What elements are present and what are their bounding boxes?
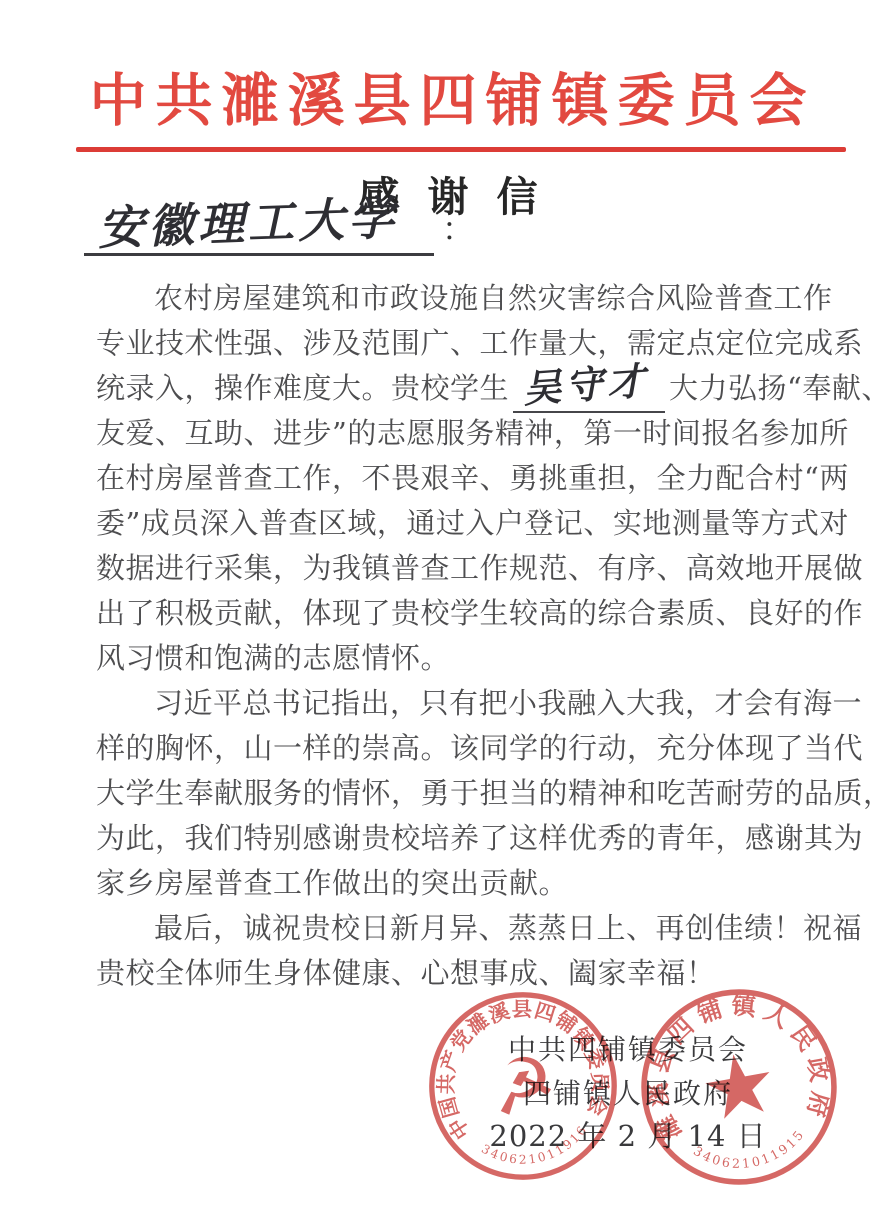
body-line-segment: 统录入，操作难度大。贵校学生 bbox=[96, 371, 509, 405]
letter-body: 农村房屋建筑和市政设施自然灾害综合风险普查工作 专业技术性强、涉及范围广、工作量… bbox=[96, 276, 866, 996]
body-line: 习近平总书记指出，只有把小我融入大我，才会有海一 bbox=[96, 681, 866, 726]
student-name-handwritten: 吴守才 bbox=[522, 362, 650, 409]
body-line: 专业技术性强、涉及范围广、工作量大，需定点定位完成系 bbox=[96, 321, 866, 366]
body-line: 在村房屋普查工作，不畏艰辛、勇挑重担，全力配合村“两 bbox=[96, 456, 866, 501]
scanned-thank-you-letter: 中共濉溪县四铺镇委员会 感谢信 安徽理工大学： 农村房屋建筑和市政设施自然灾害综… bbox=[0, 0, 896, 1217]
body-line: 友爱、互助、进步”的志愿服务精神，第一时间报名参加所 bbox=[96, 411, 866, 456]
body-line: 样的胸怀，山一样的崇高。该同学的行动，充分体现了当代 bbox=[96, 726, 866, 771]
body-line: 家乡房屋普查工作做出的突出贡献。 bbox=[96, 861, 866, 906]
body-line: 风习惯和饱满的志愿情怀。 bbox=[96, 636, 866, 681]
body-line: 大学生奉献服务的情怀，勇于担当的精神和吃苦耐劳的品质， bbox=[96, 771, 866, 816]
letterhead-org-name: 中共濉溪县四铺镇委员会 bbox=[0, 70, 896, 133]
body-line: 数据进行采集，为我镇普查工作规范、有序、高效地开展做 bbox=[96, 546, 866, 591]
body-line: 统录入，操作难度大。贵校学生吴守才大力弘扬“奉献、 bbox=[96, 366, 866, 411]
hammer-sickle-icon: ☭ bbox=[482, 1038, 564, 1135]
recipient-row: 安徽理工大学： bbox=[84, 198, 474, 256]
student-name-underline: 吴守才 bbox=[513, 366, 665, 413]
body-line-segment: 大力弘扬“奉献、 bbox=[669, 371, 891, 405]
star-icon: ★ bbox=[693, 1031, 785, 1142]
body-line: 农村房屋建筑和市政设施自然灾害综合风险普查工作 bbox=[96, 276, 866, 321]
recipient-name-handwritten: 安徽理工大学 bbox=[97, 193, 399, 254]
party-committee-seal: 中国共产党濉溪县四铺镇委员会 ☭ 3406210119165 bbox=[426, 989, 620, 1183]
recipient-colon: ： bbox=[442, 204, 474, 256]
government-seal: 濉溪县四铺镇人民政府 ★ 3406210119154 bbox=[638, 986, 840, 1188]
body-line: 最后，诚祝贵校日新月异、蒸蒸日上、再创佳绩！祝福 bbox=[96, 906, 866, 951]
recipient-underline: 安徽理工大学 bbox=[84, 198, 434, 256]
letterhead-divider-rule bbox=[76, 147, 846, 152]
body-line: 出了积极贡献，体现了贵校学生较高的综合素质、良好的作 bbox=[96, 591, 866, 636]
body-line: 为此，我们特别感谢贵校培养了这样优秀的青年，感谢其为 bbox=[96, 816, 866, 861]
body-line: 委”成员深入普查区域，通过入户登记、实地测量等方式对 bbox=[96, 501, 866, 546]
